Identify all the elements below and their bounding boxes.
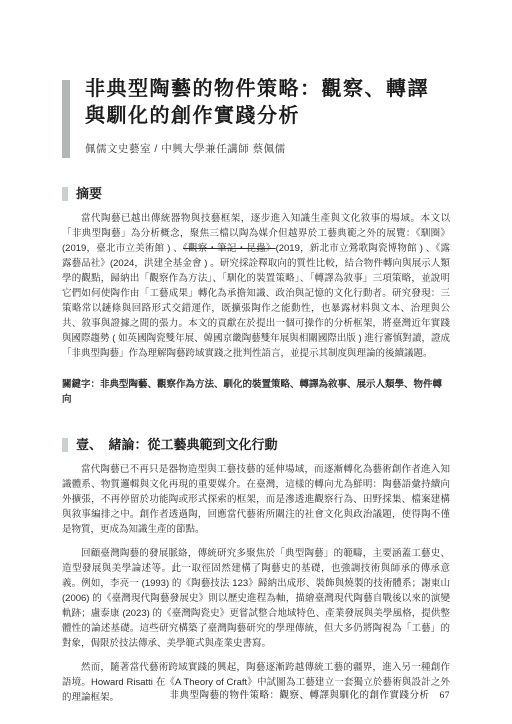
author-line: 佩儒文史藝室 / 中興大學兼任講師 蔡佩儒 [85,141,450,156]
page-footer: 非典型陶藝的物件策略：觀察、轉譯與馴化的創作實踐分析67 [169,687,450,701]
footer-running-title: 非典型陶藝的物件策略：觀察、轉譯與馴化的創作實踐分析 [169,691,429,701]
page-title-line-1: 非典型陶藝的物件策略：觀察、轉譯 [85,76,450,103]
title-accent-bar [62,80,70,158]
title-block: 非典型陶藝的物件策略：觀察、轉譯 與馴化的創作實踐分析 佩儒文史藝室 / 中興大… [62,76,450,156]
heading-accent-bar [62,438,68,452]
intro-heading: 壹、 緒論：從工藝典範到文化行動 [62,437,450,453]
abstract-heading-label: 摘要 [76,186,102,201]
intro-heading-label: 壹、 緒論：從工藝典範到文化行動 [76,437,278,452]
page-title-line-2: 與馴化的創作實踐分析 [85,103,450,130]
document-page: 非典型陶藝的物件策略：觀察、轉譯 與馴化的創作實踐分析 佩儒文史藝室 / 中興大… [0,0,512,724]
keywords-line: 關鍵字：非典型陶藝、觀察作為方法、馴化的裝置策略、轉譯為敘事、展示人類學、物件轉… [62,377,450,407]
heading-accent-bar [62,187,68,201]
intro-paragraph-1: 當代陶藝已不再只是器物造型與工藝技藝的延伸場域，而逐漸轉化為藝術創作者進入知識體… [62,462,450,537]
page-content: 非典型陶藝的物件策略：觀察、轉譯 與馴化的創作實踐分析 佩儒文史藝室 / 中興大… [62,0,450,705]
abstract-heading: 摘要 [62,186,450,202]
abstract-text-struck: 《觀察・筆記・昆蟲》 [183,243,276,254]
footer-page-number: 67 [440,691,451,701]
abstract-text-post: (2019，新北市立鶯歌陶瓷博物館 ) 、《露露藝品社》(2024，洪建全基金會… [62,243,450,359]
abstract-paragraph: 當代陶藝已越出傳統器物與技藝框架，逐步進入知識生產與文化敘事的場域。本文以「非典… [62,211,450,361]
intro-paragraph-2: 回顧臺灣陶藝的發展脈絡，傳統研究多聚焦於「典型陶藝」的範疇，主要涵蓋工藝史、造型… [62,546,450,651]
